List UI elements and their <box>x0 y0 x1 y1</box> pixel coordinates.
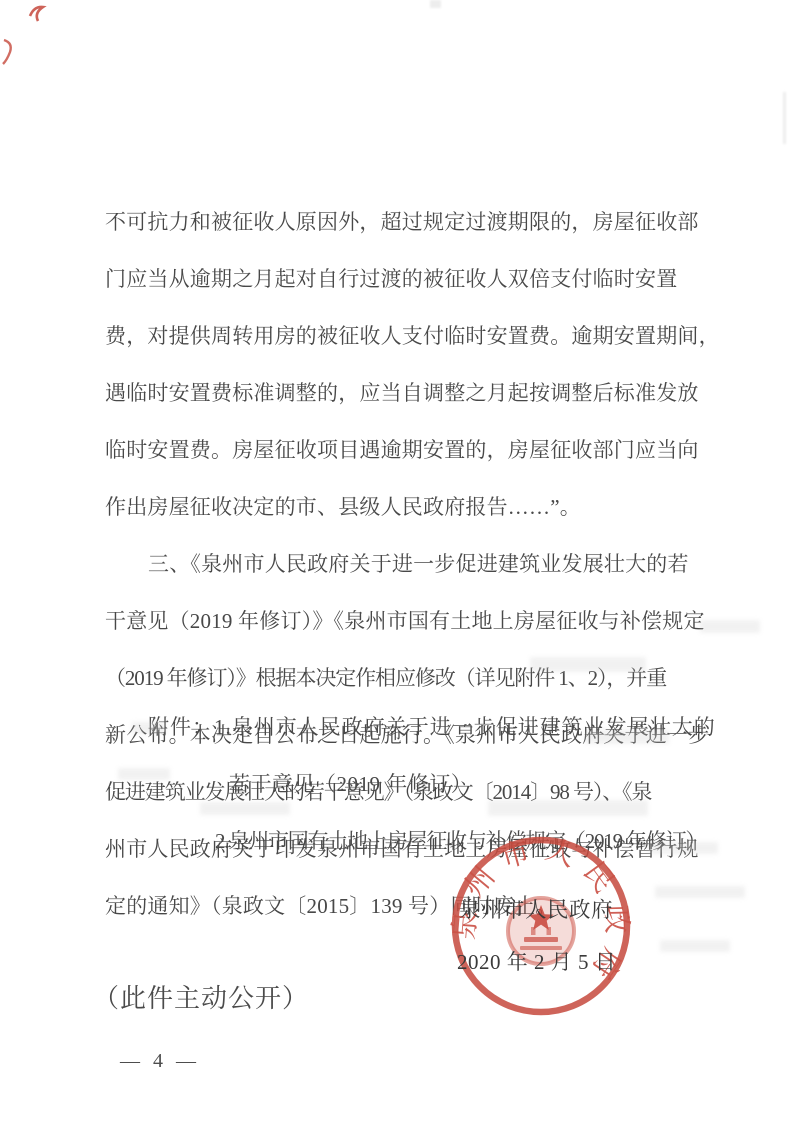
issuer-signature: 泉州市人民政府 <box>459 897 613 923</box>
red-pen-mark-icon <box>0 0 60 72</box>
scan-smudge <box>783 92 786 144</box>
scan-smudge <box>430 0 441 8</box>
scan-bleed-artifact <box>488 800 648 816</box>
official-seal: 泉州市人民政府 <box>447 832 635 1020</box>
attachment-line: 若干意见（2019 年修订） <box>105 766 725 802</box>
scan-bleed-artifact <box>585 730 669 744</box>
body-line: 三、《泉州市人民政府关于进一步促进建筑业发展壮大的若 <box>105 546 701 582</box>
body-line: 临时安置费。房屋征收项目遇逾期安置的，房屋征收部门应当向 <box>105 432 701 468</box>
document-page: 不可抗力和被征收人原因外，超过规定过渡期限的，房屋征收部 门应当从逾期之月起对自… <box>0 0 788 1127</box>
scan-bleed-artifact <box>648 842 718 854</box>
body-line: 作出房屋征收决定的市、县级人民政府报告……”。 <box>105 489 701 525</box>
scan-bleed-artifact <box>530 657 646 672</box>
scan-bleed-artifact <box>655 886 745 898</box>
disclosure-note: （此件主动公开） <box>93 984 309 1014</box>
scan-bleed-artifact <box>200 802 290 815</box>
body-line: 遇临时安置费标准调整的，应当自调整之月起按调整后标准发放 <box>105 375 701 411</box>
body-line: 门应当从逾期之月起对自行过渡的被征收人双倍支付临时安置 <box>105 261 701 297</box>
body-line: 干意见（2019 年修订）》《泉州市国有土地上房屋征收与补偿规定 <box>105 603 701 639</box>
body-line: 费，对提供周转用房的被征收人支付临时安置费。逾期安置期间， <box>105 318 701 354</box>
issue-date: 2020 年 2 月 5 日 <box>457 949 616 976</box>
page-number: — 4 — <box>120 1050 200 1072</box>
scan-bleed-artifact <box>132 722 166 734</box>
scan-bleed-artifact <box>660 940 730 952</box>
scan-bleed-artifact <box>700 620 760 633</box>
body-line: 不可抗力和被征收人原因外，超过规定过渡期限的，房屋征收部 <box>105 204 701 240</box>
scan-bleed-artifact <box>118 768 170 780</box>
